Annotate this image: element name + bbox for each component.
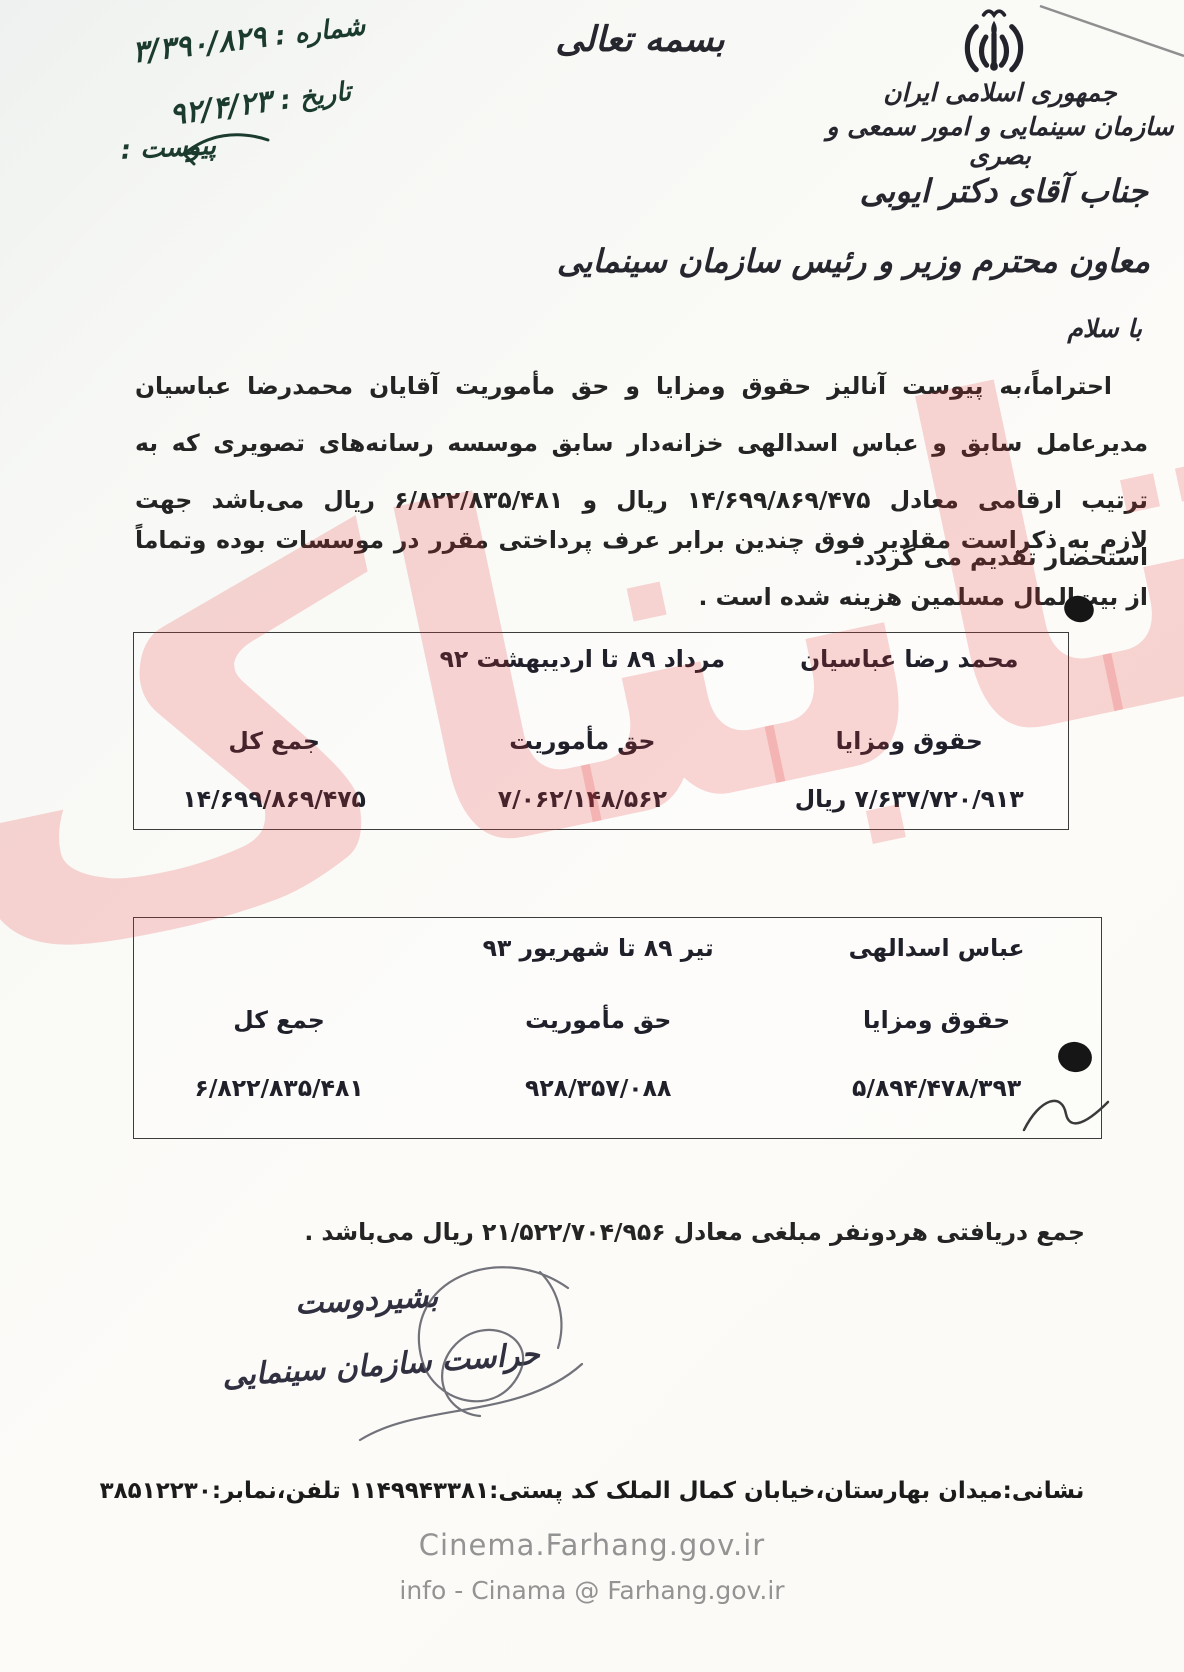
handwritten-scribble-icon — [1018, 1088, 1114, 1142]
table1-salary-value: ۷/۶۳۷/۷۲۰/۹۱۳ ریال — [750, 785, 1068, 813]
table2-person: عباس اسدالهی — [772, 934, 1101, 962]
org-name-line1: جمهوری اسلامی ایران — [840, 78, 1160, 107]
footer-email: info - Cinama @ Farhang.gov.ir — [0, 1576, 1184, 1605]
table2-mission-value: ۹۲۸/۳۵۷/۰۸۸ — [424, 1074, 772, 1102]
letter-number-label: شماره : — [273, 11, 366, 52]
body-paragraph-2: لازم به ذکراست مقادیر فوق چندین برابر عر… — [135, 512, 1148, 626]
recipient-name: جناب آقای دکتر ایوبی — [860, 172, 1148, 210]
footer-address: نشانی:میدان بهارستان،خیابان کمال الملک ک… — [0, 1478, 1184, 1504]
salutation: با سلام — [1067, 314, 1142, 343]
bismillah-heading: بسمه تعالی — [530, 20, 750, 60]
attachment-mark-icon — [168, 126, 278, 170]
payment-table-asadollahi: عباس اسدالهی تیر ۸۹ تا شهریور ۹۳ حقوق وم… — [133, 917, 1102, 1139]
table1-total-value: ۱۴/۶۹۹/۸۶۹/۴۷۵ — [134, 785, 414, 813]
payment-table-abbasian: محمد رضا عباسیان مرداد ۸۹ تا اردیبهشت ۹۲… — [133, 632, 1069, 830]
table1-col-mission: حق مأموریت — [414, 727, 750, 755]
letter-date-label: تاریخ : — [278, 77, 353, 117]
table2-total-value: ۶/۸۲۲/۸۳۵/۴۸۱ — [134, 1074, 424, 1102]
page-fold-line — [1038, 0, 1184, 62]
table1-col-salary: حقوق ومزایا — [750, 727, 1068, 755]
footer-website: Cinema.Farhang.gov.ir — [0, 1528, 1184, 1562]
table1-mission-value: ۷/۰۶۲/۱۴۸/۵۶۲ — [414, 785, 750, 813]
table1-col-total: جمع کل — [134, 727, 414, 755]
org-name-line2: سازمان سینمایی و امور سمعی و بصری — [810, 112, 1184, 170]
letter-number-line: شماره : ۳/۳۹۰/۸۲۹ — [55, 7, 367, 80]
recipient-title: معاون محترم وزیر و رئیس سازمان سینمایی — [557, 242, 1150, 280]
table2-col-salary: حقوق ومزایا — [772, 1006, 1101, 1034]
table2-col-mission: حق مأموریت — [424, 1006, 772, 1034]
grand-total-line: جمع دریافتی هردونفر مبلغی معادل ۲۱/۵۲۲/۷… — [304, 1212, 1085, 1252]
scanned-letter-page: جمهوری اسلامی ایران سازمان سینمایی و امو… — [0, 0, 1184, 1672]
iran-emblem-icon — [956, 6, 1032, 80]
signature-scrawl-icon — [330, 1252, 600, 1452]
table1-period: مرداد ۸۹ تا اردیبهشت ۹۲ — [414, 645, 750, 673]
table2-period: تیر ۸۹ تا شهریور ۹۳ — [424, 934, 772, 962]
letter-number-value: ۳/۳۹۰/۸۲۹ — [130, 19, 268, 70]
table2-col-total: جمع کل — [134, 1006, 424, 1034]
table1-person: محمد رضا عباسیان — [750, 645, 1068, 673]
